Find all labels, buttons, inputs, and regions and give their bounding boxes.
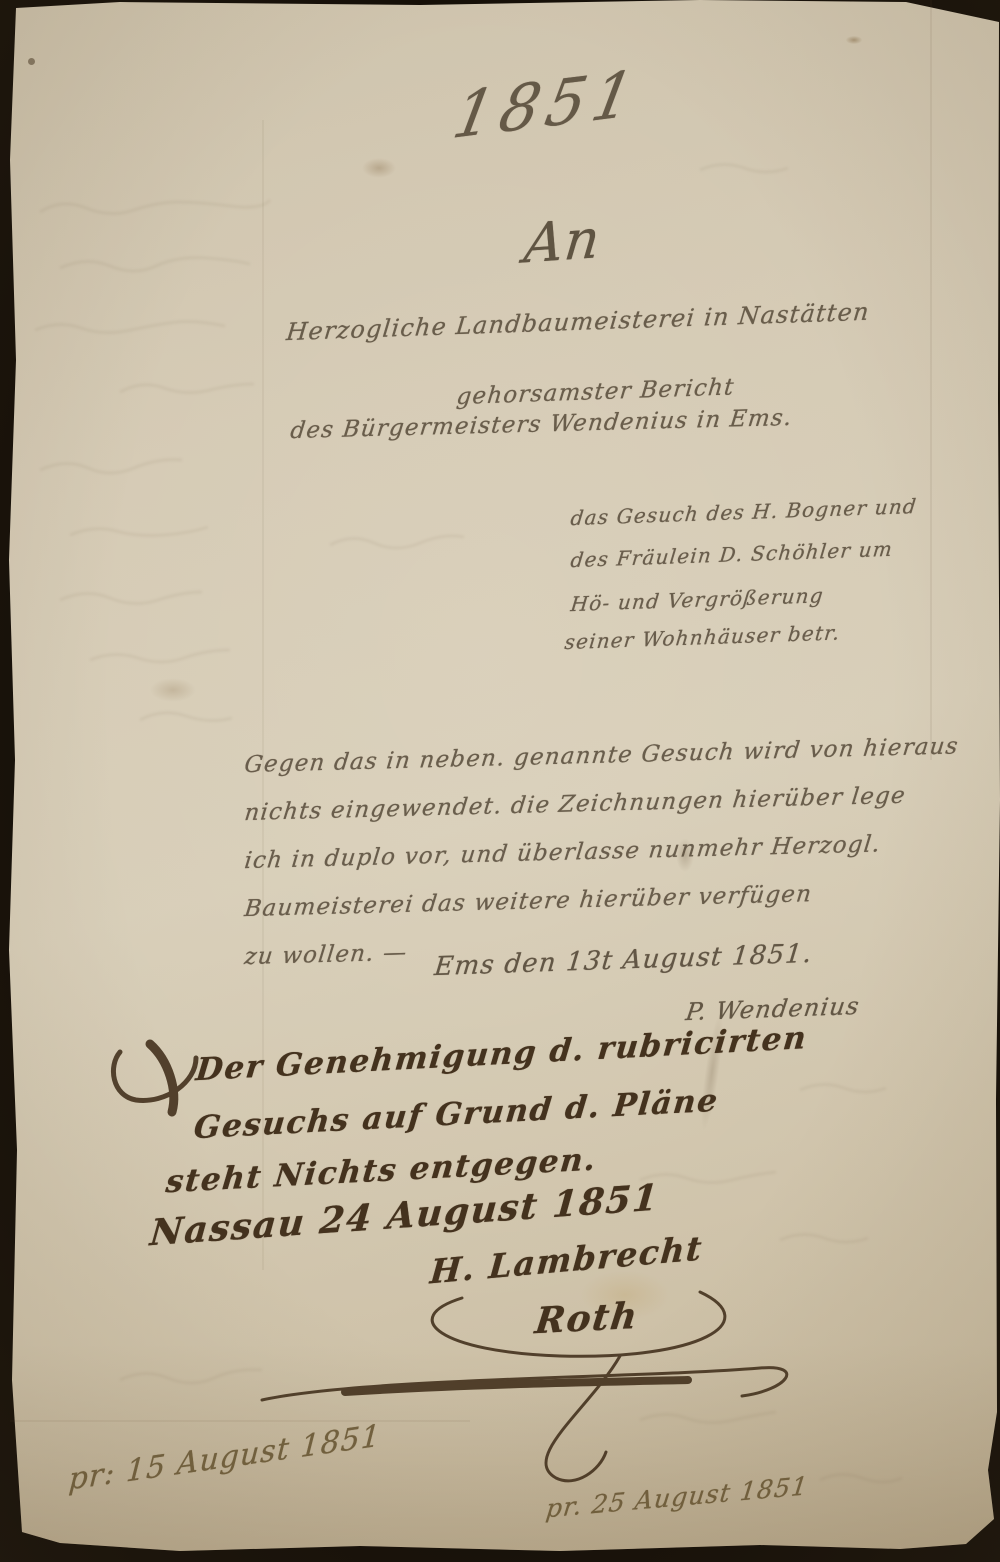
signature-roth: Roth xyxy=(533,1295,641,1343)
scanned-document: 1851 An Herzogliche Landbaumeisterei in … xyxy=(0,0,1000,1562)
body-line: zu wollen. — xyxy=(243,940,409,970)
paper-sheet xyxy=(0,0,1000,1562)
salutation: An xyxy=(521,207,604,276)
